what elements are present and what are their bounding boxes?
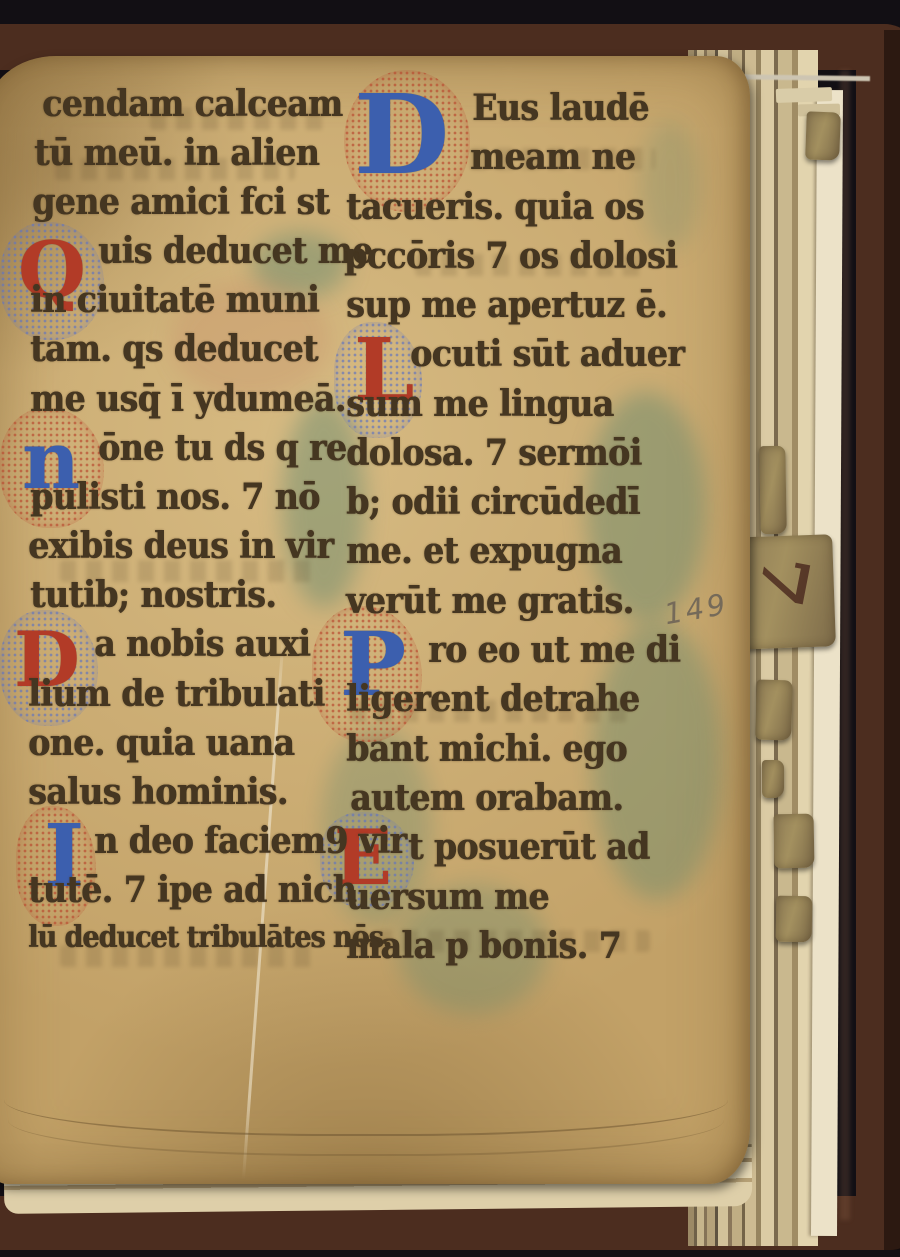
text-line: mala p bonis. 7 <box>346 924 621 967</box>
text-line: uersum me <box>346 875 549 918</box>
text-line: meam ne <box>470 135 635 178</box>
text-line: lū deducet tribulātes nōs. <box>28 920 391 954</box>
fore-edge-tab <box>762 760 784 798</box>
text-line: sup me apertuz ē. <box>346 283 667 326</box>
text-line: Eus laudē <box>472 86 649 129</box>
text-line: ōne tu ds q re <box>98 426 346 469</box>
fore-edge-tab <box>805 111 841 160</box>
text-line: pulisti nos. 7 nō <box>30 475 320 518</box>
illuminated-initial-P: P <box>312 606 422 742</box>
green-stain <box>640 120 700 250</box>
text-line: n deo faciem9 vir <box>94 819 406 862</box>
text-line: t posuerūt ad <box>408 825 649 868</box>
binding-shadow-edge <box>884 30 900 1250</box>
manuscript-photo: 7 Q n D I D L <box>0 0 900 1257</box>
text-line: gene amici fci st <box>32 180 329 223</box>
text-line: tū meū. in alien <box>34 131 319 174</box>
text-line: me. et expugna <box>346 529 622 572</box>
text-line: a nobis auxi <box>94 622 310 665</box>
fore-edge-tab <box>774 814 815 869</box>
page-fold-line <box>8 1084 724 1156</box>
tab-ink-mark: 7 <box>742 548 824 613</box>
text-line: in ciuitatē muni <box>30 278 319 321</box>
text-line: tutē. 7 ipe ad nich <box>28 868 356 911</box>
text-line: tacueris. quia os <box>346 185 644 228</box>
text-line: verūt me gratis. <box>346 579 633 622</box>
text-line: me usq̄ ī ydumeā. <box>30 377 346 420</box>
text-line: ro eo ut me di <box>428 628 680 671</box>
text-line: dolosa. 7 sermōi <box>346 431 641 474</box>
text-line: exibis deus in vir <box>28 524 333 567</box>
fore-edge-tab <box>776 896 813 943</box>
text-line: bant michi. ego <box>346 727 627 770</box>
text-line: salus hominis. <box>28 770 288 813</box>
text-line: ocuti sūt aduer <box>410 332 684 375</box>
text-line: cendam calceam <box>42 82 342 125</box>
text-line: ligerent detrahe <box>346 677 639 720</box>
text-line: one. quia uana <box>28 721 294 764</box>
text-line: uis deducet me <box>98 229 372 272</box>
text-line: lium de tribulati <box>28 672 324 715</box>
fore-edge-tab <box>759 446 787 534</box>
fore-edge-tab <box>755 680 793 741</box>
page-corner-step <box>776 87 832 103</box>
text-line: b; odii circūdedī <box>346 480 640 523</box>
text-line: tam. qs deducet <box>30 327 318 370</box>
text-line: pccōris 7 os dolosi <box>344 234 677 277</box>
text-line: sum me lingua <box>346 382 613 425</box>
text-line: tutib; nostris. <box>30 573 276 616</box>
text-line: autem orabam. <box>350 776 623 819</box>
